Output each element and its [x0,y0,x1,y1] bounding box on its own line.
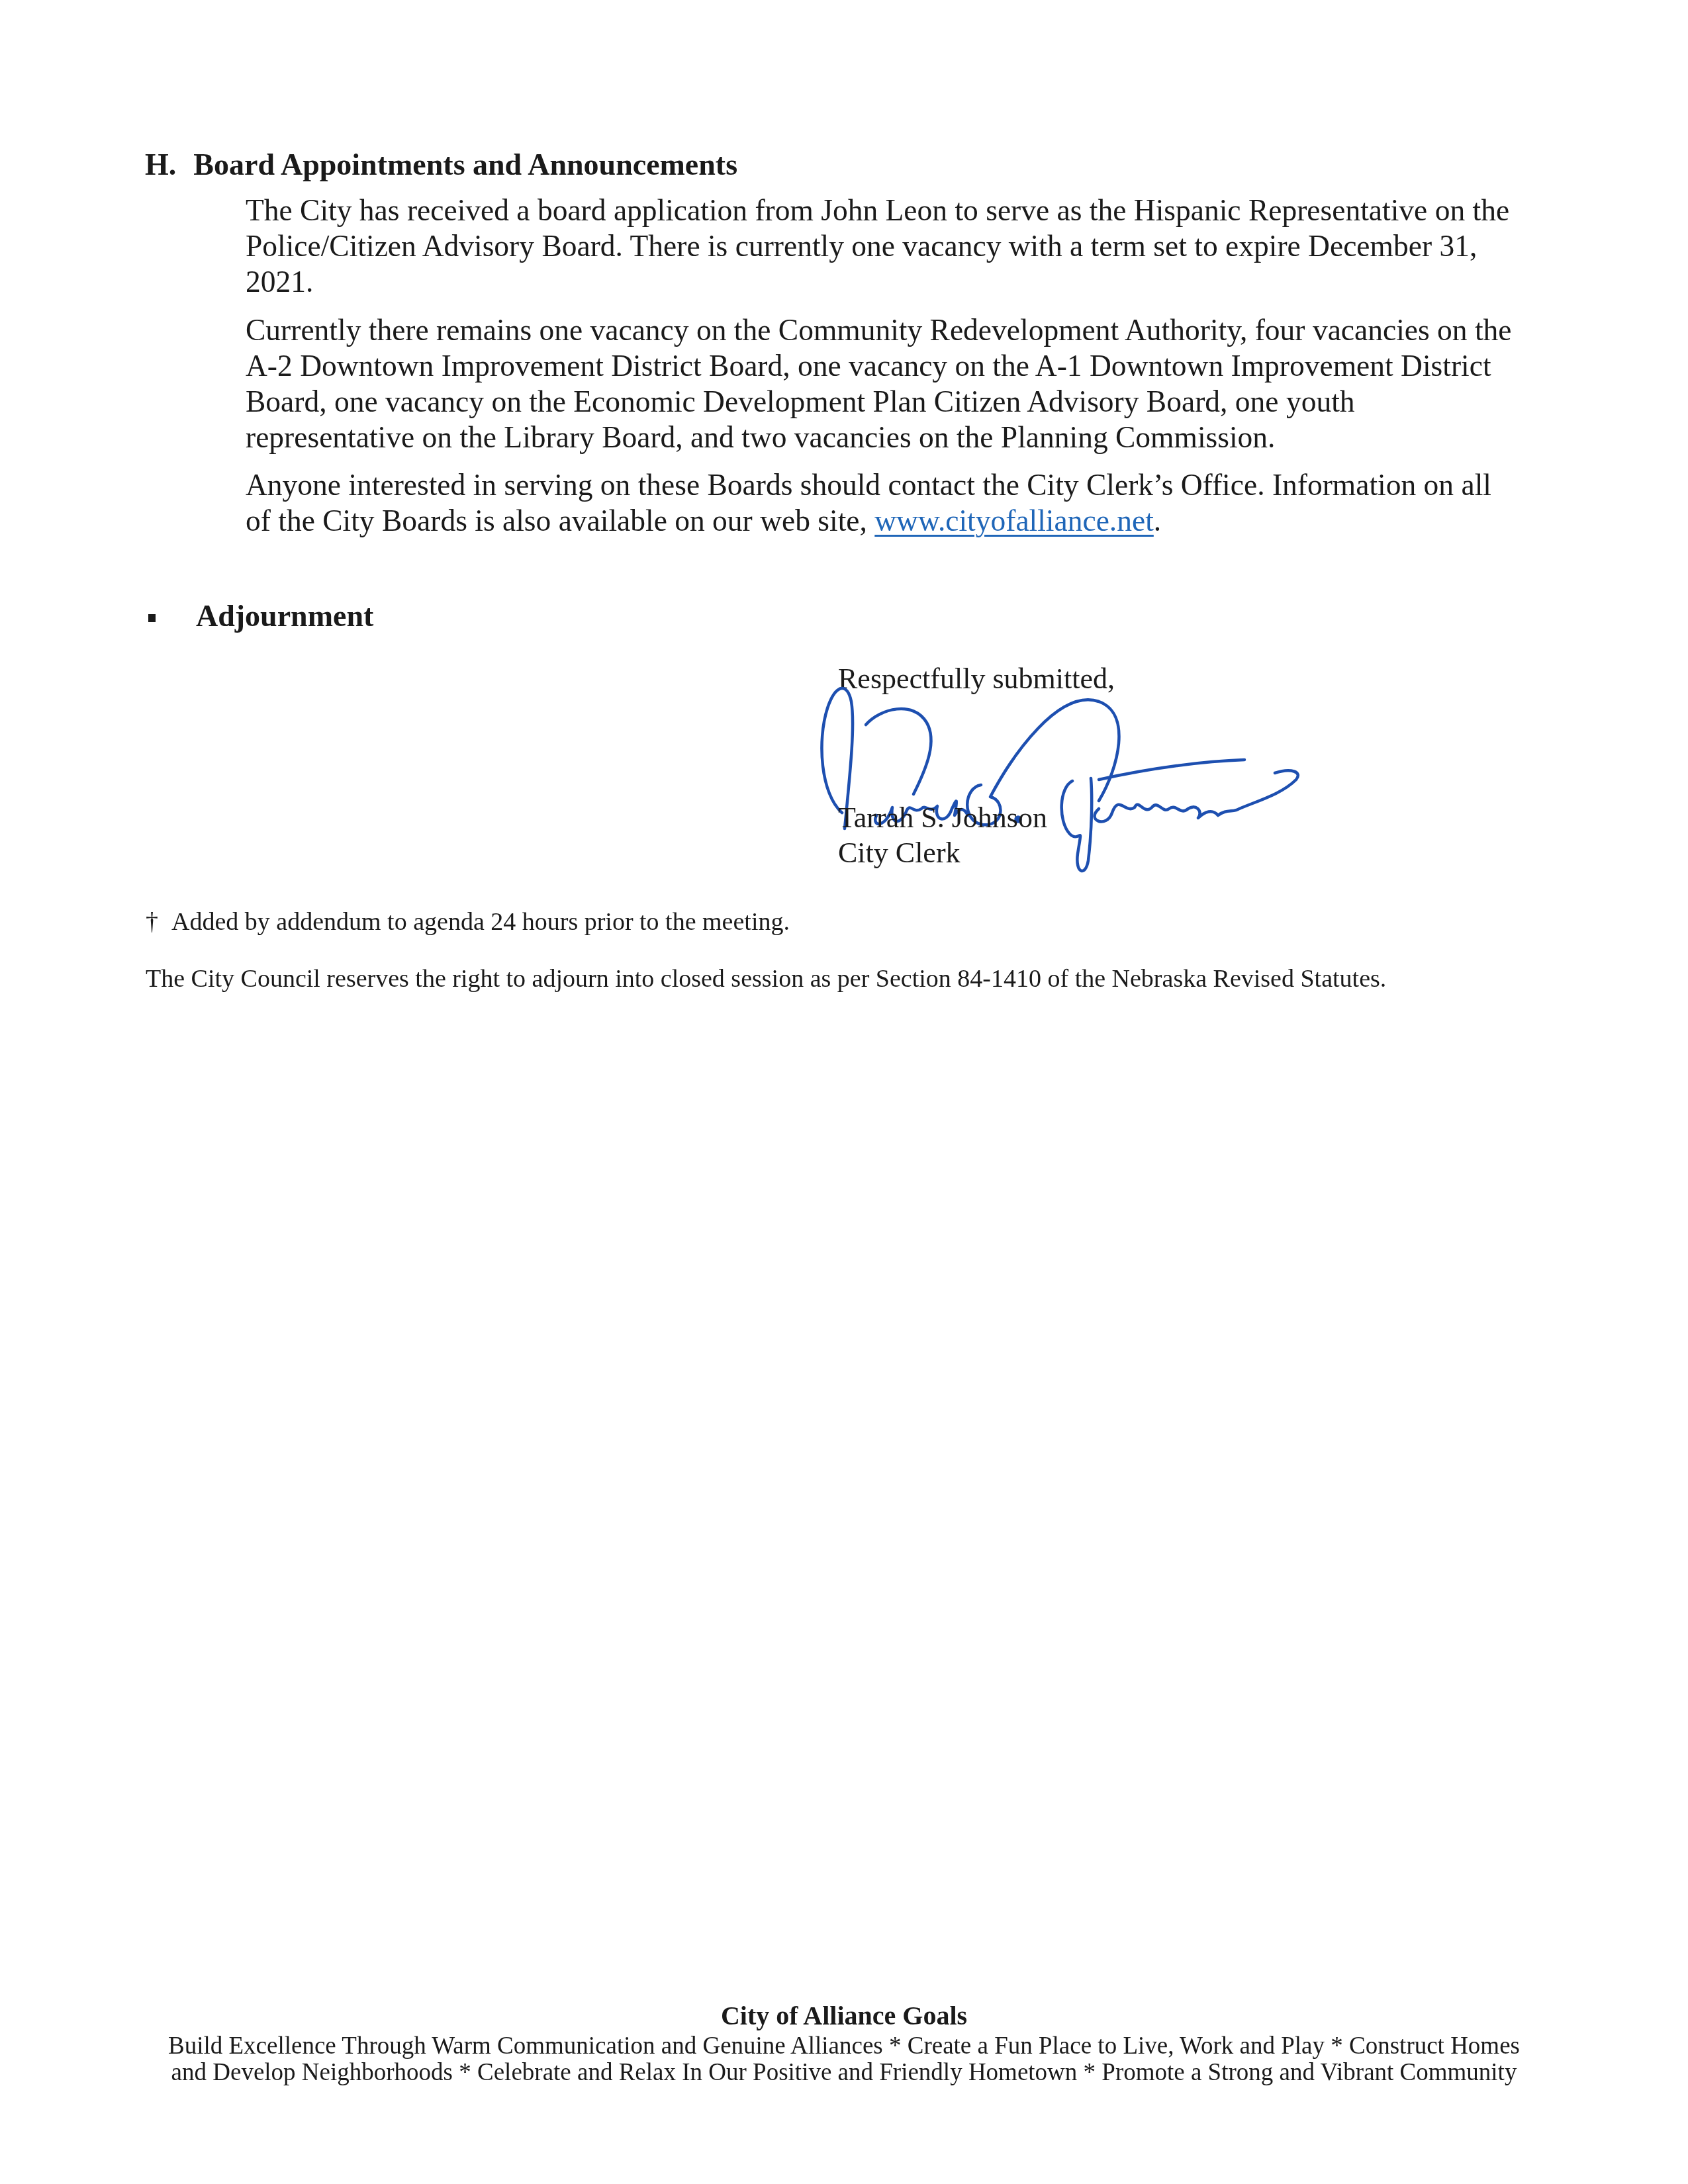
text-line: representative on the Library Board, and… [246,420,1543,455]
square-bullet-icon [148,614,156,622]
text-line: of the City Boards is also available on … [246,503,1543,539]
paragraph-vacancies: Currently there remains one vacancy on t… [246,312,1543,455]
paragraph-board-application: The City has received a board applicatio… [246,193,1543,300]
text-line: A-2 Downtown Improvement District Board,… [246,348,1543,384]
text-line: Currently there remains one vacancy on t… [246,312,1543,348]
addendum-footnote: †Added by addendum to agenda 24 hours pr… [146,907,790,936]
text-line: Police/Citizen Advisory Board. There is … [246,228,1543,264]
paragraph-contact-info: Anyone interested in serving on these Bo… [246,467,1543,539]
text-line: 2021. [246,264,1543,300]
text-line: Board, one vacancy on the Economic Devel… [246,384,1543,420]
signer-title: City Clerk [838,836,961,870]
adjournment-heading: Adjournment [196,598,373,633]
signer-name: Tarrah S. Johnson [838,801,1047,835]
footnote-text: Added by addendum to agenda 24 hours pri… [171,908,790,936]
dagger-icon: † [146,908,158,936]
text-fragment: . [1154,504,1161,537]
text-line: The City has received a board applicatio… [246,193,1543,228]
section-h-heading: H.Board Appointments and Announcements [145,147,737,182]
footer-goals-line: Build Excellence Through Warm Communicat… [0,2032,1688,2060]
text-fragment: of the City Boards is also available on … [246,504,874,537]
footer-goals-line: and Develop Neighborhoods * Celebrate an… [0,2058,1688,2087]
footer-title: City of Alliance Goals [0,2000,1688,2031]
section-title: Board Appointments and Announcements [193,148,737,181]
section-marker: H. [145,148,176,181]
text-line: Anyone interested in serving on these Bo… [246,467,1543,503]
city-website-link[interactable]: www.cityofalliance.net [874,504,1154,537]
closed-session-note: The City Council reserves the right to a… [146,964,1386,993]
